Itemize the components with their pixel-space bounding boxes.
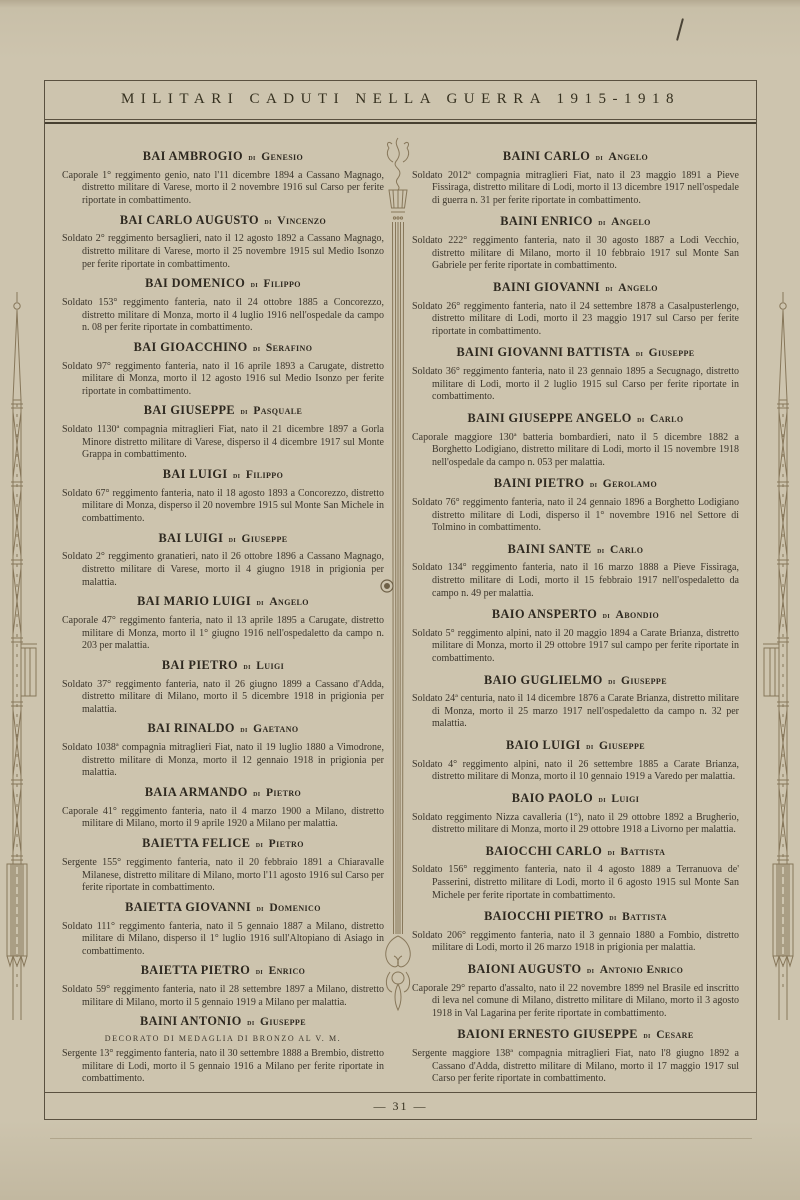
torch-icon [380, 134, 416, 1034]
patronymic-di: di [595, 152, 604, 162]
father-name: Angelo [609, 151, 649, 163]
memorial-entry: BAI RINALDO di Gaetano Soldato 1038ª com… [62, 720, 384, 780]
entry-body: Soldato 134° reggimento fanteria, nato i… [412, 562, 739, 600]
patronymic-di: di [607, 676, 616, 686]
father-name: Giuseppe [621, 675, 667, 687]
patronymic-di: di [635, 348, 644, 358]
patronymic-di: di [597, 794, 606, 804]
soldier-name: BAI GIOACCHINO [134, 340, 248, 354]
soldier-name: BAINI GIUSEPPE ANGELO [468, 411, 632, 425]
father-name: Angelo [618, 282, 658, 294]
patronymic-di: di [602, 610, 611, 620]
entry-body: Soldato 156° reggimento fanteria, nato i… [412, 864, 739, 902]
patronymic-di: di [247, 152, 256, 162]
patronymic-di: di [255, 597, 264, 607]
father-name: Battista [622, 911, 667, 923]
soldier-name: BAIOCCHI CARLO [486, 844, 603, 858]
father-name: Carlo [610, 544, 643, 556]
entry-body: Sergente maggiore 138ª compagnia mitragl… [412, 1048, 739, 1086]
memorial-entry: BAIO GUGLIELMO di Giuseppe Soldato 24ª c… [412, 672, 739, 732]
father-name: Domenico [269, 902, 321, 914]
entry-name: BAI DOMENICO di Filippo [62, 275, 384, 292]
father-name: Angelo [611, 216, 651, 228]
memorial-entry: BAI AMBROGIO di Genesio Caporale 1° regg… [62, 148, 384, 208]
patronymic-di: di [642, 1030, 651, 1040]
entry-name: BAINI CARLO di Angelo [412, 148, 739, 165]
father-name: Giuseppe [242, 533, 288, 545]
patronymic-di: di [232, 470, 241, 480]
patronymic-di: di [228, 534, 237, 544]
left-column: BAI AMBROGIO di Genesio Caporale 1° regg… [62, 148, 384, 1086]
entry-body: Soldato 111° reggimento fanteria, nato i… [62, 921, 384, 959]
memorial-entry: BAINI GIOVANNI di Angelo Soldato 26° reg… [412, 279, 739, 339]
father-name: Enrico [269, 965, 306, 977]
patronymic-di: di [596, 545, 605, 555]
soldier-name: BAIO GUGLIELMO [484, 673, 603, 687]
memorial-entry: BAI GIOACCHINO di Serafino Soldato 97° r… [62, 339, 384, 399]
soldier-name: BAINI PIETRO [494, 476, 585, 490]
soldier-name: BAI CARLO AUGUSTO [120, 213, 259, 227]
patronymic-di: di [636, 414, 645, 424]
soldier-name: BAINI ENRICO [500, 214, 593, 228]
entry-body: Soldato 206° reggimento fanteria, nato i… [412, 930, 739, 955]
memorial-entry: BAIA ARMANDO di Pietro Caporale 41° regg… [62, 784, 384, 831]
father-name: Abondio [616, 609, 660, 621]
father-name: Luigi [256, 660, 284, 672]
patronymic-di: di [608, 912, 617, 922]
entry-name: BAIO ANSPERTO di Abondio [412, 606, 739, 623]
patronymic-di: di [252, 343, 261, 353]
entry-name: BAI LUIGI di Filippo [62, 466, 384, 483]
lance-icon [0, 292, 40, 1022]
entry-body: Soldato 36° reggimento fanteria, nato il… [412, 366, 739, 404]
entry-name: BAIONI AUGUSTO di Antonio Enrico [412, 961, 739, 978]
soldier-name: BAIO LUIGI [506, 738, 581, 752]
soldier-name: BAI GIUSEPPE [144, 403, 235, 417]
entry-name: BAIETTA PIETRO di Enrico [62, 962, 384, 979]
father-name: Gerolamo [603, 478, 657, 490]
page-footer: — 31 — [45, 1092, 756, 1119]
lance-icon [760, 292, 800, 1022]
father-name: Antonio Enrico [600, 964, 683, 976]
memorial-entry: BAIO PAOLO di Luigi Soldato reggimento N… [412, 790, 739, 837]
soldier-name: BAINI SANTE [508, 542, 592, 556]
entry-body: Soldato 97° reggimento fanteria, nato il… [62, 361, 384, 399]
entry-body: Sergente 155° reggimento fanteria, nato … [62, 857, 384, 895]
entry-name: BAINI ENRICO di Angelo [412, 213, 739, 230]
father-name: Battista [621, 846, 666, 858]
entry-name: BAIO PAOLO di Luigi [412, 790, 739, 807]
memorial-entry: BAIETTA GIOVANNI di Domenico Soldato 111… [62, 899, 384, 959]
entry-body: Soldato 76° reggimento fanteria, nato il… [412, 497, 739, 535]
content-area: BAI AMBROGIO di Genesio Caporale 1° regg… [45, 148, 756, 1086]
memorial-entry: BAINI GIUSEPPE ANGELO di Carlo Caporale … [412, 410, 739, 470]
memorial-entry: BAINI CARLO di Angelo Soldato 2012ª comp… [412, 148, 739, 208]
center-ornament-strip [384, 148, 412, 1086]
patronymic-di: di [585, 741, 594, 751]
soldier-name: BAI PIETRO [162, 658, 238, 672]
entry-body: Soldato 222° reggimento fanteria, nato i… [412, 235, 739, 273]
patronymic-di: di [597, 217, 606, 227]
soldier-name: BAI AMBROGIO [143, 149, 243, 163]
memorial-entry: BAI GIUSEPPE di Pasquale Soldato 1130ª c… [62, 402, 384, 462]
soldier-name: BAIETTA FELICE [142, 836, 250, 850]
entry-name: BAI LUIGI di Giuseppe [62, 530, 384, 547]
entry-name: BAI RINALDO di Gaetano [62, 720, 384, 737]
patronymic-di: di [239, 724, 248, 734]
entry-name: BAIA ARMANDO di Pietro [62, 784, 384, 801]
entry-body: Soldato 2012ª compagnia mitraglieri Fiat… [412, 170, 739, 208]
patronymic-di: di [586, 965, 595, 975]
patronymic-di: di [242, 661, 251, 671]
entry-body: Soldato 24ª centuria, nato il 14 dicembr… [412, 693, 739, 731]
memorial-entry: BAIETTA PIETRO di Enrico Soldato 59° reg… [62, 962, 384, 1009]
entry-name: BAIO GUGLIELMO di Giuseppe [412, 672, 739, 689]
memorial-entry: BAIOCCHI PIETRO di Battista Soldato 206°… [412, 908, 739, 955]
page-frame: MILITARI CADUTI NELLA GUERRA 1915-1918 B… [44, 80, 757, 1120]
soldier-name: BAINI GIOVANNI BATTISTA [456, 345, 630, 359]
soldier-name: BAINI CARLO [503, 149, 590, 163]
title-rule [45, 119, 756, 124]
father-name: Filippo [264, 278, 301, 290]
entry-body: Soldato reggimento Nizza cavalleria (1°)… [412, 812, 739, 837]
entry-name: BAINI SANTE di Carlo [412, 541, 739, 558]
soldier-name: BAIA ARMANDO [145, 785, 248, 799]
memorial-entry: BAINI GIOVANNI BATTISTA di Giuseppe Sold… [412, 344, 739, 404]
entry-name: BAI GIOACCHINO di Serafino [62, 339, 384, 356]
patronymic-di: di [604, 283, 613, 293]
entry-name: BAI CARLO AUGUSTO di Vincenzo [62, 212, 384, 229]
entry-name: BAI AMBROGIO di Genesio [62, 148, 384, 165]
father-name: Serafino [266, 342, 313, 354]
memorial-entry: BAI LUIGI di Filippo Soldato 67° reggime… [62, 466, 384, 526]
soldier-name: BAIETTA PIETRO [141, 963, 251, 977]
memorial-entry: BAI CARLO AUGUSTO di Vincenzo Soldato 2°… [62, 212, 384, 272]
entry-body: Soldato 2° reggimento bersaglieri, nato … [62, 233, 384, 271]
father-name: Filippo [246, 469, 283, 481]
father-name: Angelo [269, 596, 309, 608]
father-name: Pasquale [253, 405, 302, 417]
soldier-name: BAIONI ERNESTO GIUSEPPE [457, 1027, 638, 1041]
entry-name: BAINI ANTONIO di Giuseppe [62, 1013, 384, 1030]
memorial-entry: BAIETTA FELICE di Pietro Sergente 155° r… [62, 835, 384, 895]
entry-name: BAIOCCHI PIETRO di Battista [412, 908, 739, 925]
entry-body: Soldato 37° reggimento fanteria, nato il… [62, 679, 384, 717]
soldier-name: BAI MARIO LUIGI [137, 594, 251, 608]
entry-body: Caporale 41° reggimento fanteria, nato i… [62, 806, 384, 831]
entry-body: Caporale 1° reggimento genio, nato l'11 … [62, 170, 384, 208]
father-name: Pietro [269, 838, 304, 850]
entry-name: BAI MARIO LUIGI di Angelo [62, 593, 384, 610]
soldier-name: BAIONI AUGUSTO [468, 962, 582, 976]
father-name: Vincenzo [277, 215, 326, 227]
outer-bottom-rule [50, 1138, 752, 1139]
entry-name: BAIOCCHI CARLO di Battista [412, 843, 739, 860]
entry-body: Soldato 26° reggimento fanteria, nato il… [412, 301, 739, 339]
patronymic-di: di [589, 479, 598, 489]
patronymic-di: di [239, 406, 248, 416]
patronymic-di: di [607, 847, 616, 857]
patronymic-di: di [263, 216, 272, 226]
soldier-name: BAIOCCHI PIETRO [484, 909, 604, 923]
entry-honor: DECORATO DI MEDAGLIA DI BRONZO AL V. M. [62, 1034, 384, 1043]
soldier-name: BAINI ANTONIO [140, 1014, 242, 1028]
memorial-entry: BAIO ANSPERTO di Abondio Soldato 5° regg… [412, 606, 739, 666]
patronymic-di: di [246, 1017, 255, 1027]
father-name: Gaetano [253, 723, 298, 735]
patronymic-di: di [250, 279, 259, 289]
entry-name: BAIO LUIGI di Giuseppe [412, 737, 739, 754]
soldier-name: BAIETTA GIOVANNI [125, 900, 251, 914]
memorial-entry: BAIONI ERNESTO GIUSEPPE di Cesare Sergen… [412, 1026, 739, 1086]
entry-name: BAINI GIUSEPPE ANGELO di Carlo [412, 410, 739, 427]
soldier-name: BAI LUIGI [159, 531, 224, 545]
entry-name: BAI GIUSEPPE di Pasquale [62, 402, 384, 419]
entry-body: Soldato 67° reggimento fanteria, nato il… [62, 488, 384, 526]
memorial-entry: BAIONI AUGUSTO di Antonio Enrico Caporal… [412, 961, 739, 1021]
entry-name: BAIETTA GIOVANNI di Domenico [62, 899, 384, 916]
entry-body: Soldato 1130ª compagnia mitraglieri Fiat… [62, 424, 384, 462]
entry-body: Soldato 1038ª compagnia mitraglieri Fiat… [62, 742, 384, 780]
soldier-name: BAIO PAOLO [512, 791, 593, 805]
memorial-entry: BAI DOMENICO di Filippo Soldato 153° reg… [62, 275, 384, 335]
patronymic-di: di [255, 839, 264, 849]
soldier-name: BAINI GIOVANNI [493, 280, 600, 294]
soldier-name: BAI LUIGI [163, 467, 228, 481]
patronymic-di: di [252, 788, 261, 798]
page-number: — 31 — [374, 1099, 428, 1114]
entry-name: BAIONI ERNESTO GIUSEPPE di Cesare [412, 1026, 739, 1043]
memorial-entry: BAI PIETRO di Luigi Soldato 37° reggimen… [62, 657, 384, 717]
memorial-entry: BAINI ENRICO di Angelo Soldato 222° regg… [412, 213, 739, 273]
entry-name: BAINI PIETRO di Gerolamo [412, 475, 739, 492]
entry-body: Soldato 59° reggimento fanteria, nato il… [62, 984, 384, 1009]
memorial-entry: BAIO LUIGI di Giuseppe Soldato 4° reggim… [412, 737, 739, 784]
soldier-name: BAIO ANSPERTO [492, 607, 597, 621]
soldier-name: BAI DOMENICO [145, 276, 245, 290]
father-name: Cesare [656, 1029, 693, 1041]
soldier-name: BAI RINALDO [147, 721, 234, 735]
entry-name: BAINI GIOVANNI di Angelo [412, 279, 739, 296]
right-column: BAINI CARLO di Angelo Soldato 2012ª comp… [412, 148, 739, 1086]
father-name: Genesio [261, 151, 303, 163]
father-name: Carlo [650, 413, 683, 425]
entry-name: BAIETTA FELICE di Pietro [62, 835, 384, 852]
entry-body: Caporale maggiore 130ª batteria bombardi… [412, 432, 739, 470]
entry-name: BAI PIETRO di Luigi [62, 657, 384, 674]
entry-body: Soldato 2° reggimento granatieri, nato i… [62, 551, 384, 589]
memorial-entry: BAINI SANTE di Carlo Soldato 134° reggim… [412, 541, 739, 601]
memorial-entry: BAINI PIETRO di Gerolamo Soldato 76° reg… [412, 475, 739, 535]
patronymic-di: di [255, 966, 264, 976]
memorial-entry: BAI MARIO LUIGI di Angelo Caporale 47° r… [62, 593, 384, 653]
entry-body: Caporale 47° reggimento fanteria, nato i… [62, 615, 384, 653]
entry-body: Caporale 29° reparto d'assalto, nato il … [412, 983, 739, 1021]
page-title: MILITARI CADUTI NELLA GUERRA 1915-1918 [121, 91, 680, 108]
father-name: Giuseppe [649, 347, 695, 359]
masthead: MILITARI CADUTI NELLA GUERRA 1915-1918 [45, 81, 756, 117]
memorial-entry: BAINI ANTONIO di Giuseppe DECORATO DI ME… [62, 1013, 384, 1086]
entry-body: Sergente 13° reggimento fanteria, nato i… [62, 1048, 384, 1086]
entry-body: Soldato 4° reggimento alpini, nato il 26… [412, 759, 739, 784]
patronymic-di: di [255, 903, 264, 913]
entry-body: Soldato 5° reggimento alpini, nato il 20… [412, 628, 739, 666]
father-name: Luigi [611, 793, 639, 805]
entry-name: BAINI GIOVANNI BATTISTA di Giuseppe [412, 344, 739, 361]
father-name: Giuseppe [599, 740, 645, 752]
father-name: Pietro [266, 787, 301, 799]
father-name: Giuseppe [260, 1016, 306, 1028]
memorial-entry: BAIOCCHI CARLO di Battista Soldato 156° … [412, 843, 739, 903]
entry-body: Soldato 153° reggimento fanteria, nato i… [62, 297, 384, 335]
memorial-entry: BAI LUIGI di Giuseppe Soldato 2° reggime… [62, 530, 384, 590]
ink-smudge-mark [676, 18, 684, 41]
